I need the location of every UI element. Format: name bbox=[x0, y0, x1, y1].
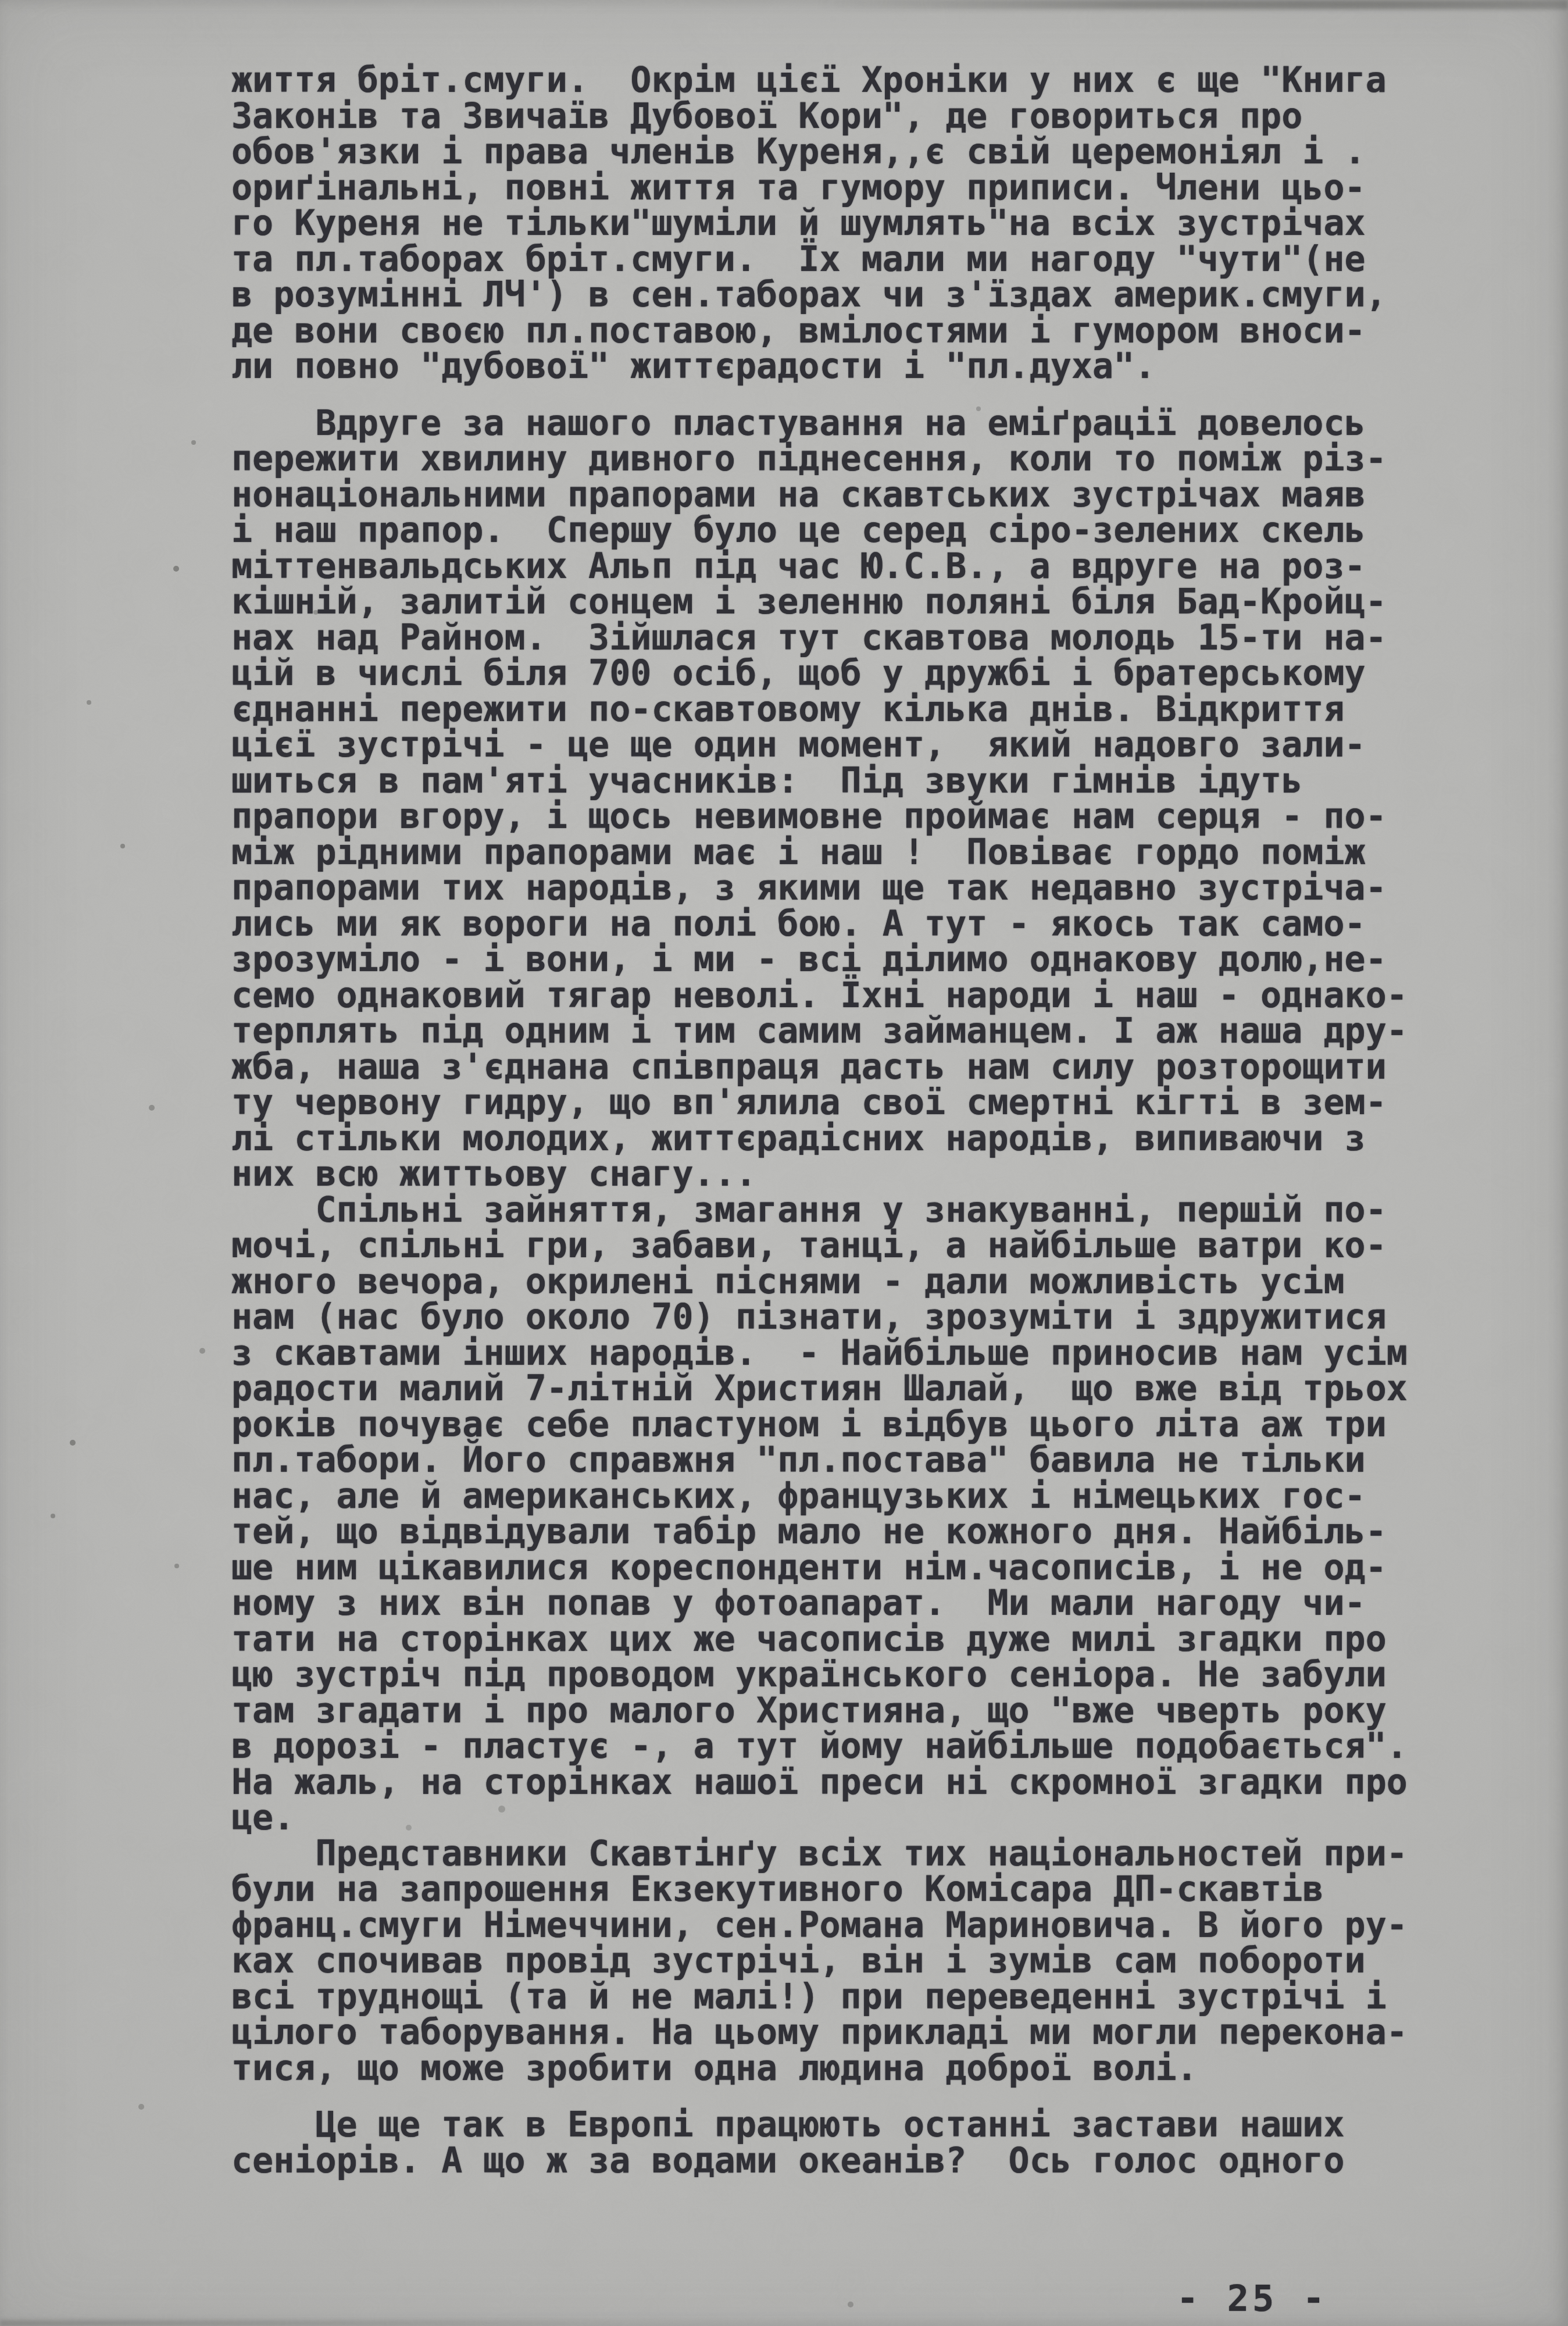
text-line: нам (нас було около 70) пізнати, зрозумі… bbox=[231, 1300, 1499, 1336]
text-line: всі труднощі (та й не малі!) при перевед… bbox=[231, 1979, 1499, 2015]
paragraph: Спільні зайняття, змагання у знакуванні,… bbox=[231, 1193, 1499, 1836]
text-line: франц.смуги Німеччини, сен.Романа Марино… bbox=[231, 1908, 1499, 1944]
paragraph: Представники Скавтінґу всіх тих націонал… bbox=[231, 1836, 1499, 2087]
text-line: нах над Райном. Зійшлася тут скавтова мо… bbox=[231, 620, 1499, 657]
text-line: тей, що відвідували табір мало не кожног… bbox=[231, 1514, 1499, 1550]
text-line: в розумінні ЛЧ') в сен.таборах чи з'їзда… bbox=[231, 277, 1499, 313]
text-line: семо однаковий тягар неволі. Їхні народи… bbox=[231, 978, 1499, 1014]
text-line: пл.табори. Його справжня "пл.постава" ба… bbox=[231, 1443, 1499, 1479]
paragraph: Вдруге за нашого пластування на еміґраці… bbox=[231, 406, 1499, 1193]
text-line: жного вечора, окрилені піснями - дали мо… bbox=[231, 1264, 1499, 1300]
page-number: - 25 - bbox=[1177, 2277, 1328, 2320]
text-line: тати на сторінках цих же часописів дуже … bbox=[231, 1622, 1499, 1658]
text-line: цієї зустрічі - це ще один момент, який … bbox=[231, 727, 1499, 764]
typewritten-text-block: життя бріт.смуги. Окрім цієї Хроніки у н… bbox=[231, 63, 1499, 2179]
text-line: єднанні пережити по-скавтовому кілька дн… bbox=[231, 692, 1499, 728]
text-line: Вдруге за нашого пластування на еміґраці… bbox=[231, 406, 1499, 442]
text-line: в дорозі - пластує -, а тут йому найбіль… bbox=[231, 1729, 1499, 1765]
text-line: них всю життьову снагу... bbox=[231, 1157, 1499, 1193]
text-line: го Куреня не тільки"шуміли й шумлять"на … bbox=[231, 206, 1499, 242]
text-line: лі стільки молодих, життєрадісних народі… bbox=[231, 1121, 1499, 1157]
text-line: і наш прапор. Спершу було це серед сіро-… bbox=[231, 513, 1499, 549]
text-line: кішній, залитій сонцем і зеленню поляні … bbox=[231, 584, 1499, 620]
text-line: тися, що може зробити одна людина доброї… bbox=[231, 2051, 1499, 2087]
text-line: ному з них він попав у фотоапарат. Ми ма… bbox=[231, 1586, 1499, 1622]
text-line: пережити хвилину дивного піднесення, кол… bbox=[231, 441, 1499, 477]
text-line: терплять під одним і тим самим займанцем… bbox=[231, 1014, 1499, 1050]
text-line: там згадати і про малого Християна, що "… bbox=[231, 1693, 1499, 1729]
text-line: Законів та Звичаїв Дубової Кори", де гов… bbox=[231, 99, 1499, 135]
text-line: Представники Скавтінґу всіх тих націонал… bbox=[231, 1836, 1499, 1872]
text-line: нас, але й американських, французьких і … bbox=[231, 1479, 1499, 1515]
scan-speckles bbox=[0, 0, 3, 3]
text-line: сеніорів. А що ж за водами океанів? Ось … bbox=[231, 2143, 1499, 2179]
text-line: міттенвальдських Альп під час Ю.С.В., а … bbox=[231, 549, 1499, 585]
text-line: років почуває себе пластуном і відбув ць… bbox=[231, 1407, 1499, 1443]
text-line: Це ще так в Европі працюють останні заст… bbox=[231, 2107, 1499, 2143]
text-line: ше ним цікавилися кореспонденти нім.часо… bbox=[231, 1550, 1499, 1586]
text-line: лись ми як вороги на полі бою. А тут - я… bbox=[231, 907, 1499, 943]
text-line: прапори вгору, і щось невимовне проймає … bbox=[231, 799, 1499, 835]
text-line: ориґінальні, повні життя та гумору припи… bbox=[231, 170, 1499, 206]
text-line: цілого таборування. На цьому прикладі ми… bbox=[231, 2015, 1499, 2051]
text-line: нонаціональними прапорами на скавтських … bbox=[231, 477, 1499, 513]
text-line: ли повно "дубової" життєрадости і "пл.ду… bbox=[231, 349, 1499, 385]
text-line: обов'язки і права членів Куреня,,є свій … bbox=[231, 134, 1499, 170]
text-line: ту червону гидру, що вп'ялила свої смерт… bbox=[231, 1085, 1499, 1121]
text-line: шиться в пам'яті учасників: Під звуки гі… bbox=[231, 764, 1499, 800]
text-line: були на запрошення Екзекутивного Комісар… bbox=[231, 1872, 1499, 1908]
text-line: це. bbox=[231, 1800, 1499, 1836]
text-line: Спільні зайняття, змагання у знакуванні,… bbox=[231, 1193, 1499, 1229]
text-line: прапорами тих народів, з якими ще так не… bbox=[231, 871, 1499, 907]
paragraph: життя бріт.смуги. Окрім цієї Хроніки у н… bbox=[231, 63, 1499, 385]
scanned-page: життя бріт.смуги. Окрім цієї Хроніки у н… bbox=[0, 0, 1568, 2326]
text-line: життя бріт.смуги. Окрім цієї Хроніки у н… bbox=[231, 63, 1499, 99]
text-line: мочі, спільні гри, забави, танці, а найб… bbox=[231, 1228, 1499, 1264]
text-line: цій в числі біля 700 осіб, щоб у дружбі … bbox=[231, 656, 1499, 692]
text-line: де вони своєю пл.поставою, вмілостями і … bbox=[231, 313, 1499, 349]
text-line: ках спочивав провід зустрічі, він і зумі… bbox=[231, 1943, 1499, 1979]
paragraph: Це ще так в Европі працюють останні заст… bbox=[231, 2107, 1499, 2179]
scan-edge-shadow-bottom bbox=[0, 2320, 1568, 2326]
text-line: між рідними прапорами має і наш ! Повіва… bbox=[231, 835, 1499, 871]
text-line: та пл.таборах бріт.смуги. Їх мали ми наг… bbox=[231, 242, 1499, 278]
text-line: цю зустріч під проводом українського сен… bbox=[231, 1657, 1499, 1693]
text-line: радости малий 7-літній Християн Шалай, щ… bbox=[231, 1371, 1499, 1407]
scan-edge-shadow-top bbox=[0, 0, 1568, 9]
text-line: жба, наша з'єднана співпраця дасть нам с… bbox=[231, 1050, 1499, 1086]
text-line: На жаль, на сторінках нашої преси ні скр… bbox=[231, 1765, 1499, 1801]
text-line: зрозуміло - і вони, і ми - всі ділимо од… bbox=[231, 942, 1499, 978]
text-line: з скавтами інших народів. - Найбільше пр… bbox=[231, 1336, 1499, 1372]
